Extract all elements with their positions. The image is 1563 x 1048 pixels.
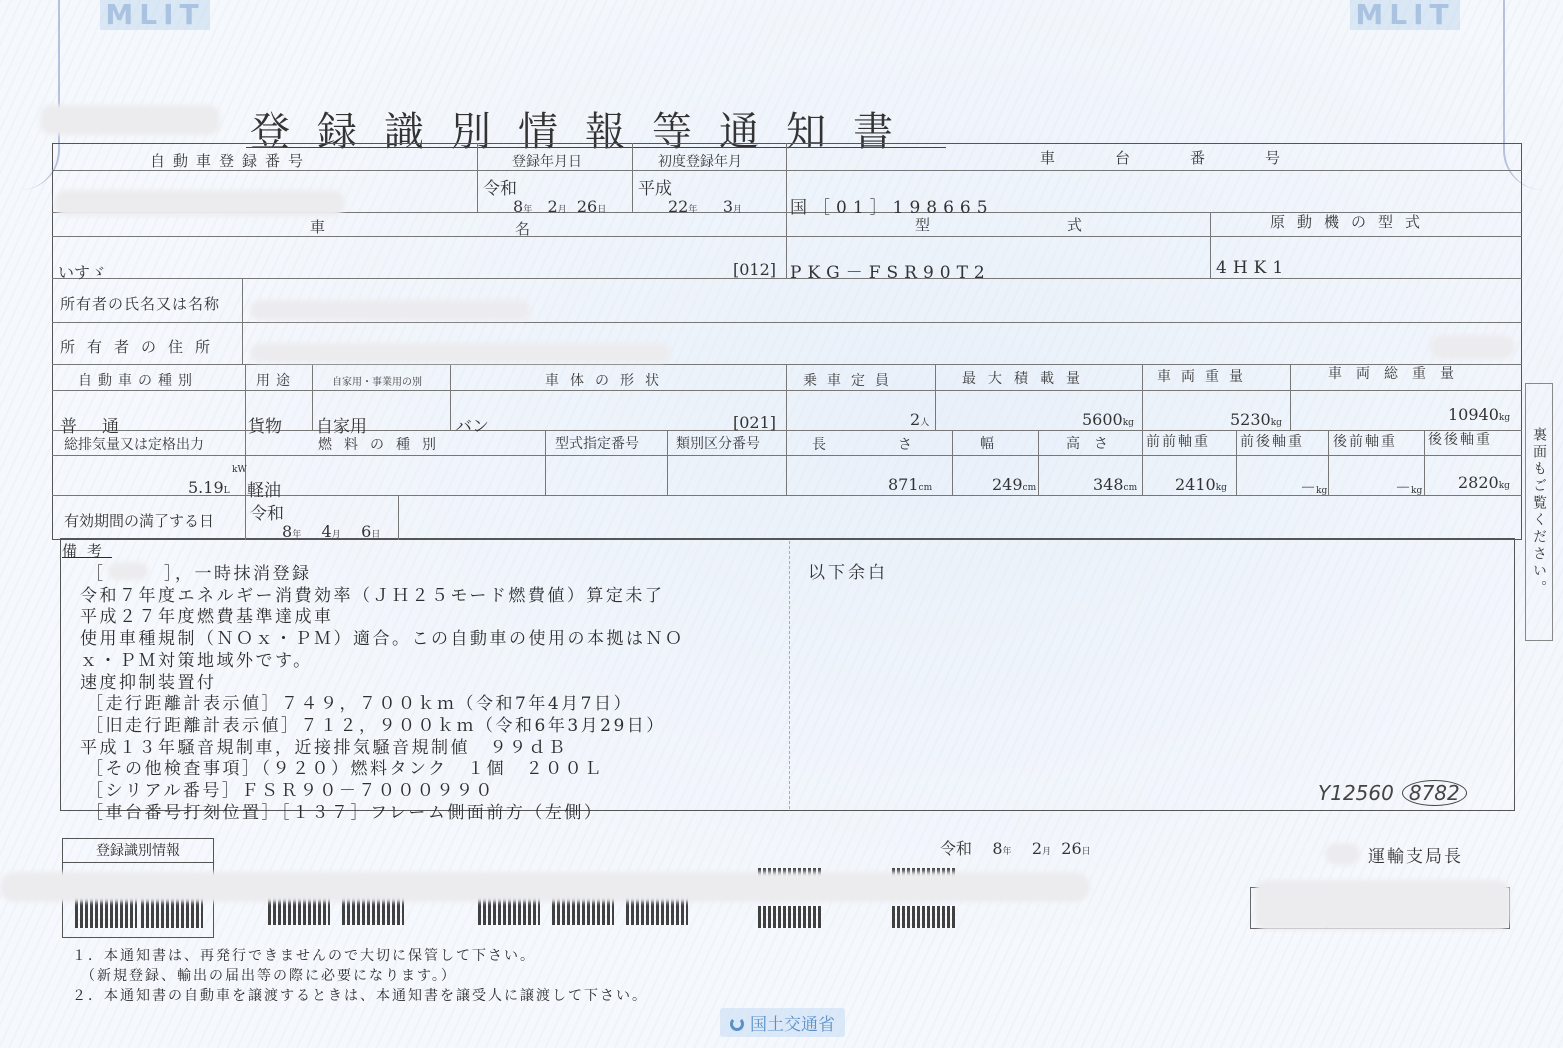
max-load-label: 最大積載量 (962, 368, 1092, 388)
body-code: [021] (733, 413, 776, 432)
handwritten-note: Y125608782 (1318, 780, 1467, 806)
rf-axle-label: 後前軸重 (1333, 431, 1397, 451)
max-load-value: 5600kg (1082, 410, 1134, 429)
chassis-number: 国［01］198665 (790, 193, 994, 218)
remarks-label: 備考 (62, 540, 112, 561)
use-value: 貨物 (248, 412, 282, 437)
fr-axle-value: －kg (1300, 475, 1327, 498)
engine-label: 原動機の型式 (1270, 211, 1432, 232)
length-value: 871cm (888, 475, 932, 494)
ministry-logo: 国土交通省 (720, 1008, 845, 1037)
fr-axle-label: 前後軸重 (1240, 431, 1304, 451)
see-reverse-note: 裏面もご覧ください。 (1525, 383, 1553, 641)
qr-code-icon (892, 906, 956, 928)
qr-box-label: 登録識別情報 (62, 840, 214, 863)
qr-code-icon (758, 906, 822, 928)
ornament-left-icon (0, 0, 60, 190)
owner-name-label: 所有者の氏名又は名称 (60, 293, 220, 314)
first-reg-date: 22年 3月 (668, 197, 742, 216)
qr-code-icon (75, 898, 137, 928)
private-label: 自家用・事業用の別 (332, 373, 422, 388)
redacted-owner-address (250, 343, 670, 363)
gross-weight-label: 車両総重量 (1328, 363, 1468, 383)
remark-line: ［車台番号打刻位置］［１３７］フレーム側面前方（左側） (86, 798, 603, 823)
rr-axle-label: 後後軸重 (1428, 429, 1492, 449)
fuel-value: 軽油 (247, 476, 281, 501)
reg-date: 8年 2月 26日 (513, 197, 606, 216)
vehicle-name-label-a: 車 (310, 216, 333, 237)
plate-number-label: 自動車登録番号 (150, 150, 311, 171)
width-value: 249cm (992, 475, 1036, 494)
vehicle-name-label-b: 名 (515, 218, 538, 239)
chassis-label: 車台番号 (1040, 147, 1340, 168)
displacement-unit-kw: kW (232, 465, 247, 475)
footer-note-2: ２．本通知書の自動車を譲渡するときは、本通知書を譲受人に譲渡して下さい。 (72, 985, 648, 1005)
rf-axle-value: －kg (1395, 475, 1422, 498)
reg-date-label: 登録年月日 (512, 151, 582, 171)
redacted-office (1325, 843, 1360, 865)
footer-note-1: １．本通知書は、再発行できませんので大切に保管して下さい。 (72, 945, 536, 965)
redacted-plate (55, 190, 345, 216)
engine-value: 4HK1 (1216, 258, 1289, 278)
expiry-date: 8年 4月 6日 (282, 522, 380, 541)
circled-number: 8782 (1402, 780, 1467, 806)
expiry-era: 令和 (250, 499, 284, 524)
first-reg-label: 初度登録年月 (658, 151, 742, 171)
model-label-b: 式 (1067, 214, 1090, 235)
capacity-value: 2人 (910, 410, 929, 429)
vehicle-name: いすゞ (58, 260, 106, 283)
length-label-b: さ (898, 434, 912, 454)
remarks-end-text: 以下余白 (808, 558, 888, 583)
redacted-area (40, 105, 220, 135)
redacted-remark (108, 562, 148, 580)
first-reg-era: 平成 (638, 174, 672, 199)
expiry-label: 有効期間の満了する日 (64, 510, 214, 531)
gross-weight-value: 10940kg (1448, 405, 1510, 424)
issuer-title: 運輸支局長 (1368, 842, 1463, 867)
redacted-seal (1255, 880, 1510, 930)
model-label-a: 型 (915, 214, 938, 235)
ff-axle-label: 前前軸重 (1146, 431, 1210, 451)
body-value: バン (455, 412, 489, 437)
watermark-logo: MLIT (100, 0, 210, 30)
width-label: 幅 (980, 433, 994, 453)
use-label: 用途 (256, 370, 296, 390)
watermark-logo: MLIT (1350, 0, 1460, 30)
redacted-area (1430, 335, 1515, 359)
type-designation-label: 型式指定番号 (555, 433, 639, 453)
body-label: 車体の形状 (545, 370, 670, 390)
owner-address-label: 所有者の住所 (60, 336, 222, 357)
weight-label: 車両重量 (1157, 366, 1253, 386)
category-label: 類別区分番号 (676, 433, 760, 453)
remarks-divider (789, 541, 790, 809)
length-label-a: 長 (812, 434, 826, 454)
fuel-label: 燃料の種別 (318, 434, 448, 454)
redacted-owner-name (250, 300, 530, 320)
weight-value: 5230kg (1230, 410, 1282, 429)
rr-axle-value: 2820kg (1458, 473, 1510, 492)
capacity-label: 乗車定員 (803, 370, 899, 390)
qr-code-icon (141, 898, 203, 928)
displacement-label: 総排気量又は定格出力 (64, 434, 204, 454)
displacement-value: 5.19L (188, 478, 230, 497)
vehicle-name-code: [012] (733, 260, 776, 279)
height-label: 高さ (1066, 433, 1122, 453)
vehicle-type-label: 自動車の種別 (78, 370, 198, 390)
model-value: PKG－FSR90T2 (790, 258, 991, 283)
reg-date-era: 令和 (483, 174, 517, 199)
redacted-band (0, 872, 1090, 902)
ff-axle-value: 2410kg (1175, 475, 1227, 494)
ministry-emblem-icon (730, 1017, 744, 1031)
issue-date: 令和 8年 2月 26日 (940, 836, 1091, 859)
footer-note-1b: （新規登録、輸出の届出等の際に必要になります。） (72, 965, 457, 985)
height-value: 348cm (1093, 475, 1137, 494)
